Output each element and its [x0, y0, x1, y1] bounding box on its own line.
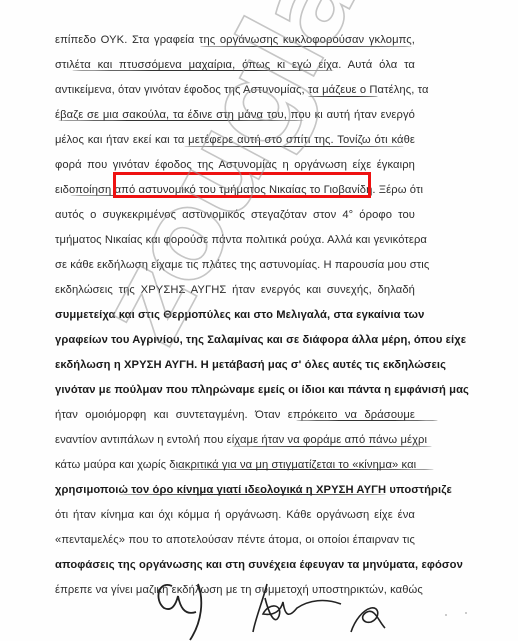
scan-speck — [465, 612, 467, 614]
pen-underline — [72, 70, 334, 71]
text-line-1: επίπεδο ΟΥΚ. Στα γραφεία της οργάνωσης κ… — [55, 33, 415, 47]
text-line-12: συμμετείχα και στις Θερμοπύλες και στο Μ… — [55, 308, 415, 322]
signature-3 — [345, 598, 395, 638]
pen-underline — [184, 146, 404, 147]
pen-underline — [232, 446, 432, 447]
text-line-5: μέλος και ήταν εκεί και τα μετέφερε αυτή… — [55, 133, 415, 147]
pen-underline — [200, 46, 412, 47]
text-line-20: ότι ήταν κίνημα και όχι κόμμα ή οργάνωση… — [55, 508, 415, 522]
scan-speck — [445, 614, 447, 616]
pen-underline — [296, 420, 438, 421]
signature-2 — [245, 580, 345, 640]
highlight-box — [113, 172, 371, 198]
pen-underline — [58, 120, 304, 121]
text-line-8: αυτός ο συγκεκριμένος αστυνομικός στεγαζ… — [55, 208, 415, 222]
text-line-9: τμήματος Νικαίας και φορούσε πάντα πολιτ… — [55, 233, 415, 247]
text-line-6: φορά που γινόταν έφοδος της Αστυνομίας η… — [55, 158, 415, 172]
text-line-22: αποφάσεις της οργάνωσης και στη συνέχεια… — [55, 558, 415, 572]
pen-underline — [172, 469, 434, 470]
text-line-21: «πενταμελές» που το αποτελούσαν πέντε άτ… — [55, 533, 415, 547]
signature-1 — [150, 572, 220, 641]
text-line-3: αντικείμενα, όταν γινόταν έφοδος της Αστ… — [55, 83, 415, 97]
pen-underline — [308, 96, 378, 97]
text-line-14: εκδήλωση η ΧΡΥΣΗ ΑΥΓΗ. Η μετάβασή μας σ'… — [55, 358, 415, 372]
scanned-document-page: επίπεδο ΟΥΚ. Στα γραφεία της οργάνωσης κ… — [0, 0, 518, 641]
text-line-11: εκδηλώσεις της ΧΡΥΣΗΣ ΑΥΓΗΣ ήταν ενεργός… — [55, 283, 415, 297]
text-line-10: σε κάθε εκδήλωση είχαμε τις πλάτες της α… — [55, 258, 415, 272]
text-line-17: εναντίον αντιπάλων η εντολή που είχαμε ή… — [55, 433, 415, 447]
text-line-15: γινόταν με πούλμαν που πληρώναμε εμείς ο… — [55, 383, 415, 397]
text-line-23: έπρεπε να γίνει μαζική εκδήλωση με τη συ… — [55, 583, 415, 597]
pen-underline — [118, 494, 386, 495]
text-line-13: γραφείων του Αγρινίου, της Σαλαμίνας και… — [55, 333, 415, 347]
